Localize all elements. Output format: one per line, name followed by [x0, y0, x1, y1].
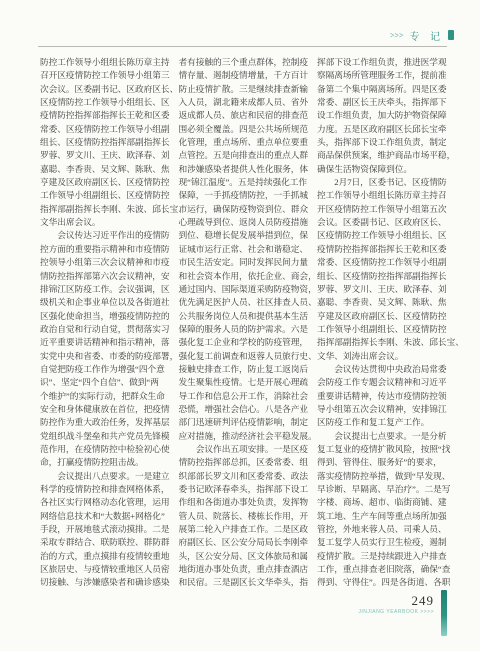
text-line: 落实疫情防控举措，做到“早发现、: [317, 470, 447, 483]
text-line: 返成都人员、旅店和民宿的排查范: [179, 109, 309, 122]
text-line: 现“锦江温度”。五是持续强化工作: [179, 176, 309, 189]
text-line: 得到、守得住”。四是各街道、各职: [317, 576, 447, 589]
text-line: 次会议。区委副书记、区政府区长、: [40, 83, 170, 96]
text-line: 防控工作领导小组组长陈历章主持: [40, 56, 170, 69]
page-number: 249: [412, 593, 435, 609]
text-line: 商品保供预案，维护商品市场平稳，: [317, 149, 447, 162]
text-line: 手段，开展地毯式滚动摸排。二是: [40, 523, 170, 536]
text-line: 会议。区委副书记、区政府区长、: [317, 216, 447, 229]
text-line: 公共服务岗位人员和提供基本生活: [179, 310, 309, 323]
text-line: 控方面的重要指示精神和市疫情防: [40, 243, 170, 256]
text-line: 保障的服务人员的防护需求。六是: [179, 323, 309, 336]
text-line: 情防控指挥部第六次会议精神，安: [40, 270, 170, 283]
text-line: 围必须全覆盖。四是公共场所规范: [179, 123, 309, 136]
text-line: 部门迅速研判评估疫情影响，制定: [179, 416, 309, 429]
text-line: 个维护”的实际行动，把群众生命: [40, 390, 170, 403]
text-line: 组长、区疫情防控指挥部副指挥长: [317, 270, 447, 283]
text-line: 头，指挥部下设工作组负责，制定: [317, 136, 447, 149]
text-line: 备第二个集中隔离场所。四是区委: [317, 83, 447, 96]
text-line: 范作用，在疫情防控中检验初心使: [40, 443, 170, 456]
yearbook-page: >>> 专 记 防控工作领导小组组长陈历章主持召开区疫情防控工作领导小组第三次会…: [0, 0, 480, 651]
text-line: 展第二轮入户排查工作。二是区政: [179, 523, 309, 536]
text-line: 地街道办事处负责，重点排查酒店: [179, 563, 309, 576]
header-rule: [38, 46, 447, 47]
text-line: 挥部下设工作组负责，推进医学观: [317, 56, 447, 69]
text-line: 工作，重点排查老旧院落，确保“查: [317, 563, 447, 576]
text-line: 区防疫工作和复工复产工作。: [317, 416, 447, 429]
text-line: 察隔离场所管理服务工作，提前准: [317, 69, 447, 82]
text-line: 区强化使命担当，增强疫情防控的: [40, 310, 170, 323]
text-line: 采取专群结合、联防联控、群防群: [40, 536, 170, 549]
text-line: 嘉聪、李香贵、吴文辉、陈耿、焦: [317, 296, 447, 309]
text-line: 和涉嫌感染者提供人性化服务，体: [179, 163, 309, 176]
text-line: 会议传达贯彻中央政治局常委: [317, 363, 447, 376]
text-column-2: 者有接触的三个重点群体，控制疫情存量、遏制疫情增量，千方百计防止疫情扩散。三是继…: [179, 56, 309, 592]
text-line: 强化复工企业和学校的防疫管理，: [179, 336, 309, 349]
text-line: 科学的疫情防控和排查网格体系，: [40, 483, 170, 496]
text-line: 情存量、遏制疫情增量，千方百计: [179, 69, 309, 82]
text-line: 疫情扩散。三是持续跟进入户排查: [317, 550, 447, 563]
text-line: 入人员，湖北籍来成都人员、省外: [179, 96, 309, 109]
text-line: 织部部长罗文川和区委常委、政法: [179, 470, 309, 483]
text-line: 排锦江区防疫工作。会议强调，区: [40, 283, 170, 296]
text-line: 府副区长、区公安分局局长李刚牵: [179, 536, 309, 549]
text-line: 化管理，重点场所、重点单位要重: [179, 136, 309, 149]
text-line: 区疫情防控工作领导小组组长、区: [317, 229, 447, 242]
text-line: 和社会资本作用，依托企业、商会，: [179, 270, 309, 283]
text-line: 指挥部副指挥长李刚、朱波、邱长宝、: [40, 203, 170, 216]
text-line: 指挥部副指挥长李刚、朱波、邱长宝、: [317, 336, 447, 349]
text-line: 复工复学人员实行卫生检疫，遏制: [317, 536, 447, 549]
text-line: 安全和身体健康放在首位，把疫情: [40, 403, 170, 416]
text-line: 常委、区疫情防控工作领导小组副: [40, 123, 170, 136]
text-line: 自觉把防疫工作作为增强“四个意: [40, 363, 170, 376]
text-line: 会议传达习近平作出的疫情防: [40, 229, 170, 242]
text-line: 疫情防控指挥部指挥长王乾和区委: [40, 109, 170, 122]
text-line: 点管控。五是向排查出的重点人群: [179, 149, 309, 162]
text-line: 情防控指挥部总抓，区委常委、组: [179, 456, 309, 469]
text-line: 和民宿。三是副区长文华牵头，指: [179, 576, 309, 589]
text-line: 管人员、院落长、楼栋长作用，开: [179, 510, 309, 523]
text-line: 重要讲话精神，传达市疫情防控领: [317, 390, 447, 403]
text-line: 召开区疫情防控工作领导小组第三: [40, 69, 170, 82]
text-line: 筑工地、生产车间等重点场所加强: [317, 510, 447, 523]
text-line: 工作领导小组副组长、区疫情防控: [40, 189, 170, 202]
text-line: 网络信息技术和“大数据+网格化”: [40, 510, 170, 523]
text-line: 优先满足医护人员、社区排查人员、: [179, 296, 309, 309]
text-line: 导工作和信息公开工作，消除社会: [179, 390, 309, 403]
text-line: 得到、管得住、服务好”的要求，: [317, 456, 447, 469]
text-line: 切接触、与涉嫌感染者和确诊感染: [40, 576, 170, 589]
header-arrows: >>>: [390, 31, 404, 40]
text-line: 确保生活物资保障到位。: [317, 163, 447, 176]
text-line: 防止疫情扩散。三是继续排查新输: [179, 83, 309, 96]
text-line: 设工作组负责，加大防护物资保障: [317, 109, 447, 122]
text-line: 早诊断、早隔离、早治疗”。二是写: [317, 483, 447, 496]
text-line: 应对措施，推动经济社会平稳发展。: [179, 430, 309, 443]
text-line: 作组和各街道办事处负责，发挥物: [179, 496, 309, 509]
text-line: 管控，外地来蓉人员、司乘人员、: [317, 523, 447, 536]
footer-bar-ornament: [441, 590, 447, 636]
text-column-1: 防控工作领导小组组长陈历章主持召开区疫情防控工作领导小组第三次会议。区委副书记、…: [40, 56, 170, 592]
text-line: 各社区实行网格动态化管理，运用: [40, 496, 170, 509]
text-line: 证城市运行正常、社会和谐稳定、: [179, 243, 309, 256]
text-line: 文华、刘涛出席会议。: [317, 350, 447, 363]
text-line: 复工复业的疫情扩散风险，按照“找: [317, 443, 447, 456]
text-line: 常委、副区长王庆牵头，指挥部下: [317, 96, 447, 109]
text-line: 治的方式，重点摸排有疫情较重地: [40, 550, 170, 563]
text-line: 保障，一手抓疫情防控，一手抓城: [179, 189, 309, 202]
text-body: 防控工作领导小组组长陈历章主持召开区疫情防控工作领导小组第三次会议。区委副书记、…: [40, 56, 447, 592]
text-line: 罗蓉、罗文川、王庆、欧泽春、刘: [317, 283, 447, 296]
text-line: 区旅居史、与疫情较重地区人员密: [40, 563, 170, 576]
text-line: 开区疫情防控工作领导小组第五次: [317, 203, 447, 216]
text-line: 委书记欧泽春牵头，指挥部下设工: [179, 483, 309, 496]
section-title: 专 记: [410, 28, 445, 43]
text-line: 接触史排查工作，防止复工返岗后: [179, 363, 309, 376]
text-line: 罗蓉、罗文川、王庆、欧泽春、刘: [40, 149, 170, 162]
text-line: 强化复工前调查和返蓉人员旅行史、: [179, 350, 309, 363]
text-line: 控领导小组第三次会议精神和市疫: [40, 256, 170, 269]
text-line: 文华出席会议。: [40, 216, 170, 229]
footer-caption: JINJIANG YEARBOOK >>>>: [358, 609, 434, 615]
page-footer: 249 JINJIANG YEARBOOK >>>>: [247, 593, 447, 641]
text-line: 恐慌，增强社会信心。八是各产业: [179, 403, 309, 416]
text-line: 2月7日，区委书记、区疫情防: [317, 176, 447, 189]
text-line: 常委、区疫情防控工作领导小组副: [317, 256, 447, 269]
text-line: 市民生活安定。同时发挥民间力量: [179, 256, 309, 269]
text-line: 会议提出八点要求。一是建立: [40, 470, 170, 483]
text-line: 通过国内、国际渠道采购防疫物资，: [179, 283, 309, 296]
text-line: 亨建及区政府副区长、区疫情防控: [317, 310, 447, 323]
text-line: 防控作为重大政治任务，发挥基层: [40, 416, 170, 429]
header-ornament-icon: [448, 30, 454, 40]
text-line: 头，区公安分局、区文体旅局和属: [179, 550, 309, 563]
text-line: 命，打赢疫情防控阻击战。: [40, 456, 170, 469]
text-line: 政治自觉和行动自觉，贯彻落实习: [40, 323, 170, 336]
text-line: 力度。五是区政府副区长邱长宝牵: [317, 123, 447, 136]
text-line: 会防疫工作专题会议精神和习近平: [317, 376, 447, 389]
running-header: >>> 专 记: [38, 27, 454, 43]
text-line: 党组织战斗堡垒和共产党员先锋模: [40, 430, 170, 443]
text-line: 疫情防控指挥部指挥长王乾和区委: [317, 243, 447, 256]
text-line: 字楼、商场、超市、临街商铺、建: [317, 496, 447, 509]
text-line: 嘉聪、李香贵、吴文辉、陈耿、焦: [40, 163, 170, 176]
text-line: 区疫情防控工作领导小组组长、区: [40, 96, 170, 109]
text-line: 者有接触的三个重点群体，控制疫: [179, 56, 309, 69]
text-line: 组长、区疫情防控指挥部副指挥长: [40, 136, 170, 149]
text-line: 到位、稳增长促发展举措到位，保: [179, 229, 309, 242]
text-line: 级机关和企事业单位以及各街道社: [40, 296, 170, 309]
text-column-3: 挥部下设工作组负责，推进医学观察隔离场所管理服务工作，提前准备第二个集中隔离场所…: [317, 56, 447, 592]
text-line: 市运行，确保防疫物资到位、群众: [179, 203, 309, 216]
text-line: 实党中央和省委、市委的防疫部署，: [40, 350, 170, 363]
text-line: 控工作领导小组组长陈历章主持召: [317, 189, 447, 202]
text-line: 近平重要讲话精神和指示精神，落: [40, 336, 170, 349]
text-line: 亨建及区政府副区长、区疫情防控: [40, 176, 170, 189]
text-line: 心理疏导到位、返岗人员防疫措施: [179, 216, 309, 229]
text-line: 导小组第五次会议精神，安排锦江: [317, 403, 447, 416]
text-line: 会议提出七点要求。一是分析: [317, 430, 447, 443]
text-line: 发生聚集性疫情。七是开展心理疏: [179, 376, 309, 389]
text-line: 识”、坚定“四个自信”、做到“两: [40, 376, 170, 389]
text-line: 会议作出五项安排。一是区疫: [179, 443, 309, 456]
text-line: 工作领导小组副组长、区疫情防控: [317, 323, 447, 336]
